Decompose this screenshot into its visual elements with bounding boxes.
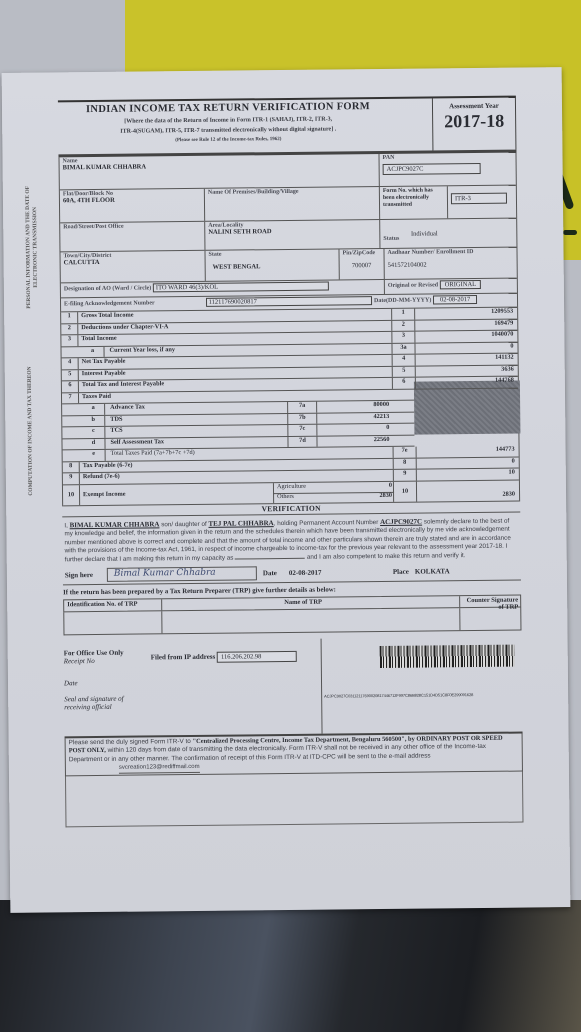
row-amount: 0 — [415, 457, 515, 465]
row-amount: 0 — [315, 424, 389, 432]
row-letter: c — [82, 427, 105, 438]
status-value: Individual — [411, 230, 438, 237]
town-cell: Town/City/District CALCUTTA — [60, 251, 205, 283]
pin-label: Pin/ZipCode — [342, 250, 380, 256]
status-label: Status — [383, 236, 399, 242]
state-value: WEST BENGAL — [209, 262, 336, 270]
row-desc: Advance Tax — [110, 403, 145, 410]
itr-v-document: INDIAN INCOME TAX RETURN VERIFICATION FO… — [2, 67, 571, 913]
row-desc: Exempt Income — [83, 484, 126, 504]
ip-value: 116.206.202.98 — [217, 651, 297, 663]
status-cell: Status Individual — [380, 219, 518, 248]
row-amount: 3636 — [414, 365, 514, 373]
pan-value: ACJPC9027C — [383, 163, 481, 175]
barcode-text: ACJPC9027C03112117690020817446712F997C86… — [324, 692, 473, 699]
decl-text-end: and I am also competent to make this ret… — [307, 552, 466, 561]
row-amount: 10 — [415, 469, 515, 477]
barcode — [380, 645, 515, 668]
flat-value: 60A, 4TH FLOOR — [63, 196, 201, 204]
flat-cell: Flat/Door/Block No 60A, 4TH FLOOR — [60, 189, 205, 223]
row-num: 9 — [63, 473, 80, 484]
row-amount: 144768 — [414, 377, 514, 385]
assessment-year-box: Assessment Year 2017-18 — [432, 98, 517, 151]
ao-value: ITO WARD 46(3)/KOL — [153, 282, 329, 293]
name-cell: Name BIMAL KUMAR CHHABRA — [60, 154, 380, 189]
row-code: 2 — [391, 320, 415, 331]
row-amount: 80000 — [315, 401, 389, 409]
form-no-value: ITR-3 — [451, 193, 507, 205]
address-row-3: Town/City/District CALCUTTA State WEST B… — [60, 248, 516, 284]
fabric-background — [0, 900, 581, 1032]
form-header: INDIAN INCOME TAX RETURN VERIFICATION FO… — [58, 96, 517, 158]
subtitle-line: (Please see Rule 12 of the Income-tax Ru… — [58, 134, 398, 148]
row-code: 7a — [287, 402, 317, 413]
row-desc: Gross Total Income — [81, 312, 133, 320]
row-amount: 2830 — [415, 490, 515, 498]
state-label: State — [209, 250, 336, 257]
row-num: 4 — [62, 358, 79, 369]
assessment-year-label: Assessment Year — [433, 102, 515, 111]
row-code: 3a — [391, 343, 415, 354]
row-code: 4 — [392, 355, 416, 366]
side-label-personal: PERSONAL INFORMATION AND THE DATE OF ELE… — [25, 173, 47, 323]
area-cell: Area/Locality NALINI SETH ROAD — [205, 220, 380, 250]
pan-cell: PAN ACJPC9027C — [379, 153, 517, 186]
pan-label: PAN — [382, 154, 514, 161]
others-label: Others — [274, 492, 294, 499]
decl-holding: , holding Permanent Account Number — [274, 519, 379, 527]
trp-body — [63, 608, 521, 636]
form-no-label: Form No. which has been electronically t… — [380, 186, 448, 219]
area-value: NALINI SETH ROAD — [208, 227, 376, 236]
signature-row: Sign here Bimal Kumar Chhabra Date 02-08… — [63, 564, 521, 586]
verification-declaration: I, BIMAL KUMAR CHHABRA son/ daughter of … — [62, 516, 520, 564]
row-code: 5 — [392, 366, 416, 377]
personal-info-section: Name BIMAL KUMAR CHHABRA PAN ACJPC9027C … — [59, 153, 519, 313]
row-num: 5 — [62, 370, 79, 381]
ack-value: 112117690020817 — [206, 296, 372, 307]
office-use-section: For Office Use Only Receipt No Date Seal… — [64, 637, 523, 739]
form-bottom-area — [65, 771, 524, 827]
form-no-cell: ITR-3 — [448, 186, 518, 219]
aadhaar-label: Aadhaar Number/ Enrollment ID — [387, 249, 515, 256]
yellow-background — [125, 0, 581, 75]
row-desc: Tax Payable (6-7e) — [83, 461, 133, 469]
sign-label: Sign here — [65, 571, 93, 579]
pen-mark — [563, 230, 577, 235]
row-amount: 0 — [413, 342, 513, 350]
orig-label: Original or Revised — [388, 282, 438, 289]
row-desc: Refund (7e-6) — [83, 473, 120, 480]
row-num: 1 — [61, 312, 78, 323]
row-amount: 42213 — [315, 412, 389, 420]
row-amount: 22560 — [315, 435, 389, 443]
agri-label: Agriculture — [274, 482, 306, 489]
decl-i: I, — [64, 522, 68, 529]
row-amount: 1209553 — [413, 308, 513, 316]
row-desc: Total Income — [81, 335, 116, 342]
place-value: KOLKATA — [415, 567, 450, 575]
date-label: Date(DD-MM-YYYY) — [374, 297, 431, 304]
premises-cell: Name Of Premises/Building/Village — [205, 187, 380, 221]
note-text: Please send the duly signed Form ITR-V t… — [69, 738, 193, 746]
receipt-label: Receipt No — [64, 656, 144, 665]
barcode-section: ACJPC9027C03112117690020817446712F997C86… — [322, 637, 523, 734]
decl-name: BIMAL KUMAR CHHABRA — [70, 520, 160, 529]
premises-label: Name Of Premises/Building/Village — [208, 188, 376, 196]
row-desc: Total Tax and Interest Payable — [82, 380, 164, 388]
row-num: 3 — [61, 335, 78, 346]
row-desc: Current Year loss, if any — [109, 346, 175, 354]
row-letter: a — [82, 404, 105, 415]
aadhaar-cell: Aadhaar Number/ Enrollment ID 5415721040… — [384, 248, 518, 279]
sig-date-value: 02-08-2017 — [289, 569, 322, 577]
mailing-instructions: Please send the duly signed Form ITR-V t… — [65, 734, 523, 776]
office-date-label: Date — [64, 678, 144, 687]
note-text-2: within 120 days from date of transmittin… — [69, 743, 486, 763]
decl-pan: ACJPC9027C — [380, 517, 422, 525]
computation-section: 1Gross Total Income11209553 2Deductions … — [60, 308, 520, 506]
row-desc: Interest Payable — [82, 369, 126, 376]
date-value: 02-08-2017 — [433, 295, 477, 304]
decl-father: TEJ PAL CHHABRA — [208, 519, 273, 528]
address-row-1: Flat/Door/Block No 60A, 4TH FLOOR Name O… — [60, 186, 516, 224]
trp-name-label: Name of TRP — [284, 599, 322, 606]
form-subtitle: [Where the data of the Return of Income … — [58, 114, 398, 148]
row-amount: 1040070 — [413, 331, 513, 339]
pin-cell: Pin/ZipCode 700007 — [339, 249, 384, 279]
row-letter: e — [83, 450, 106, 461]
sig-date-label: Date — [263, 569, 277, 577]
aadhaar-value: 541572104002 — [388, 261, 516, 269]
form-title: INDIAN INCOME TAX RETURN VERIFICATION FO… — [78, 101, 378, 115]
ack-label: E-filing Acknowledgement Number — [64, 300, 204, 307]
row-code: 7c — [287, 425, 317, 436]
row-desc: TCS — [110, 427, 122, 434]
row-code: 9 — [393, 470, 417, 481]
row-amount: 169479 — [413, 319, 513, 327]
name-row: Name BIMAL KUMAR CHHABRA PAN ACJPC9027C — [60, 153, 516, 191]
others-cell: Others 2830 — [273, 491, 394, 502]
row-num: 2 — [61, 324, 78, 335]
row-code: 8 — [393, 458, 417, 469]
itr-v-form: INDIAN INCOME TAX RETURN VERIFICATION FO… — [58, 96, 524, 827]
ip-section: Filed from IP address 116.206.202.98 — [151, 639, 323, 736]
decl-son-of: son/ daughter of — [161, 520, 207, 527]
row-code: 3 — [391, 332, 415, 343]
row-desc: Self Assessment Tax — [110, 438, 164, 446]
road-cell: Road/Street/Post Office — [60, 222, 205, 252]
row-num: 10 — [63, 485, 80, 505]
row-num: 6 — [62, 381, 79, 392]
row-code: 1 — [391, 309, 415, 320]
date-cell: Date(DD-MM-YYYY) 02-08-2017 — [371, 294, 519, 309]
row-letter: d — [82, 438, 105, 449]
seal-label: Seal and signature of receiving official — [64, 694, 144, 711]
row-desc: TDS — [110, 415, 122, 422]
row-desc: Deductions under Chapter-VI-A — [81, 323, 168, 331]
town-value: CALCUTTA — [64, 258, 202, 266]
row-code: 10 — [393, 481, 417, 501]
row-amount: 141132 — [414, 354, 514, 362]
row-num: 7 — [62, 393, 79, 404]
email-address: svcreation123@rediffmail.com — [119, 763, 200, 773]
ip-label: Filed from IP address — [151, 653, 216, 662]
row-num: a — [81, 346, 104, 357]
road-label: Road/Street/Post Office — [63, 223, 201, 230]
assessment-year-value: 2017-18 — [433, 111, 515, 133]
ao-label: Designation of AO (Ward / Circle) — [64, 285, 151, 292]
row-code: 7e — [393, 447, 417, 458]
row-desc: Taxes Paid — [82, 392, 111, 399]
row-desc: Net Tax Payable — [82, 358, 126, 365]
state-cell: State WEST BENGAL — [205, 249, 339, 280]
others-value: 2830 — [379, 491, 392, 498]
agri-value: 0 — [389, 481, 392, 488]
pin-value: 700007 — [343, 262, 381, 269]
row-code: 6 — [392, 378, 416, 389]
trp-id-label: Identification No. of TRP — [67, 601, 137, 609]
side-label-computation: COMPUTATION OF INCOME AND TAX THEREON — [27, 351, 49, 511]
row-code: 7d — [287, 436, 317, 447]
office-labels: For Office Use Only Receipt No Date Seal… — [64, 640, 145, 736]
row-letter: b — [82, 415, 105, 426]
orig-cell: Original or Revised ORIGINAL — [385, 279, 519, 294]
row-desc: Total Taxes Paid (7a+7b+7c +7d) — [111, 449, 195, 457]
row-code: 7b — [287, 413, 317, 424]
signature: Bimal Kumar Chhabra — [107, 566, 257, 582]
orig-value: ORIGINAL — [440, 280, 482, 289]
row-num: 8 — [63, 462, 80, 473]
place-label: Place — [393, 568, 409, 576]
row-amount: 144773 — [415, 446, 515, 454]
